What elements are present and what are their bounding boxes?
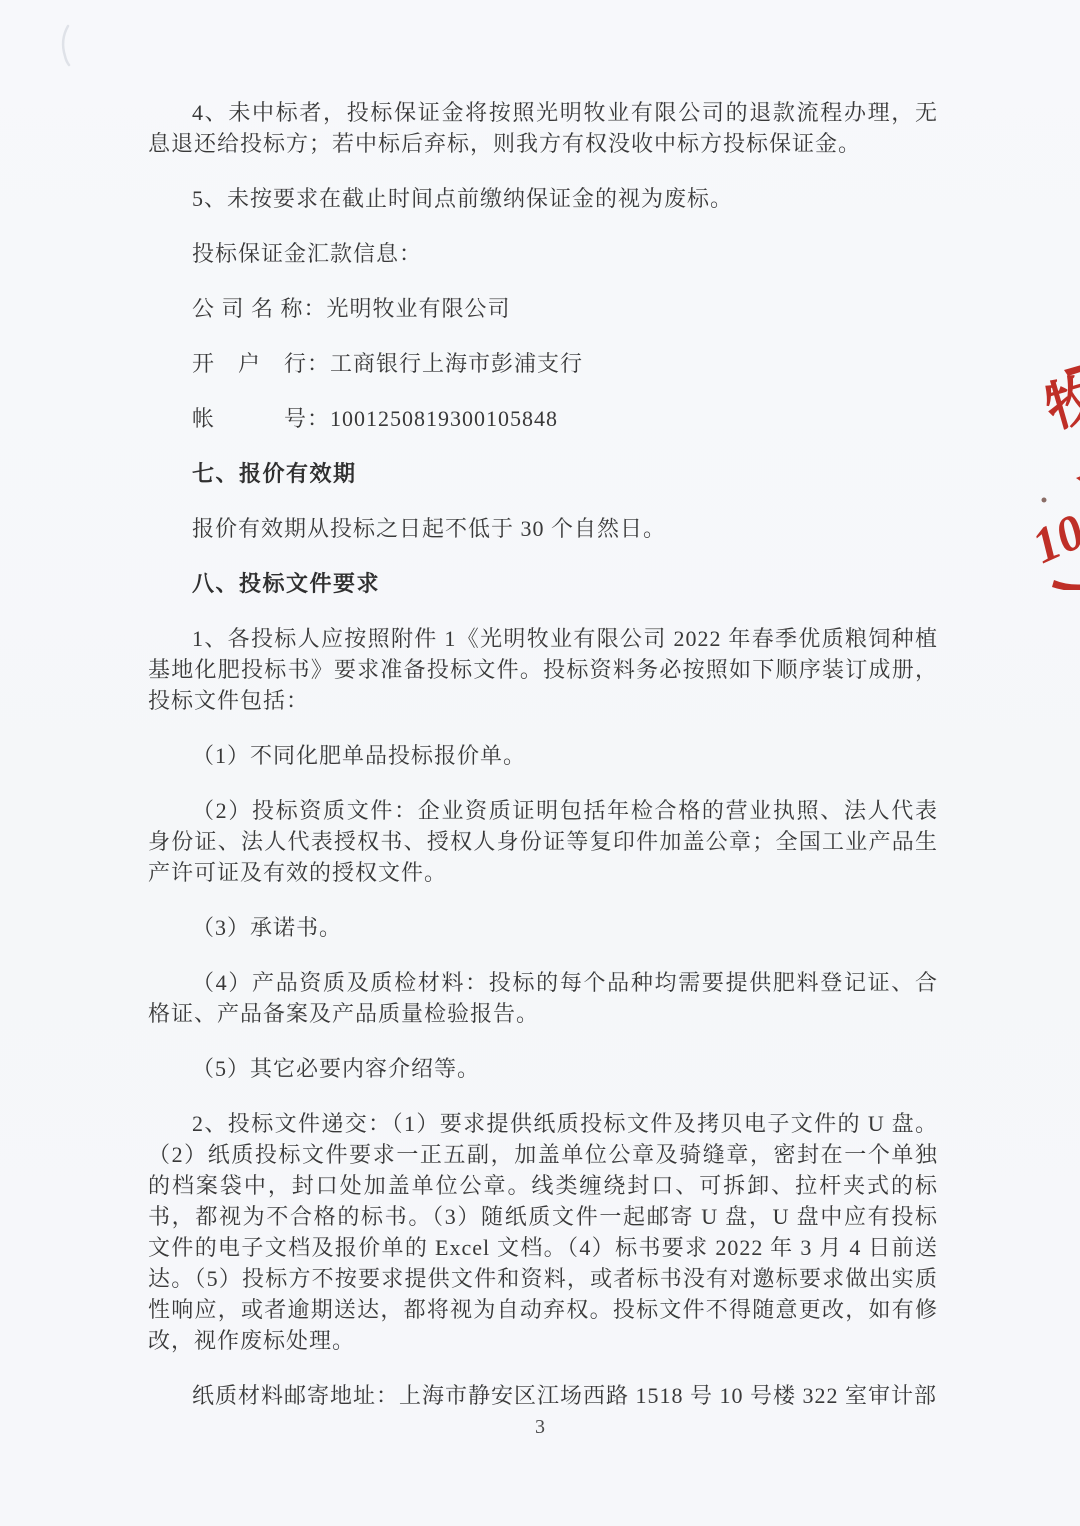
company-name-line: 公 司 名 称：光明牧业有限公司	[148, 293, 938, 324]
account-number-line: 帐 号：1001250819300105848	[148, 403, 938, 434]
red-stamp-icon: 牧 10	[1034, 352, 1080, 590]
red-stamp-fragment: 牧 10	[1034, 352, 1080, 590]
section-8-heading: 八、投标文件要求	[148, 568, 938, 599]
document-body: 4、未中标者，投标保证金将按照光明牧业有限公司的退款流程办理，无息退还给投标方；…	[148, 97, 938, 1411]
section-7-heading: 七、报价有效期	[148, 458, 938, 489]
document-page: 4、未中标者，投标保证金将按照光明牧业有限公司的退款流程办理，无息退还给投标方；…	[0, 0, 1080, 1526]
clause-5-deadline: 5、未按要求在截止时间点前缴纳保证金的视为废标。	[148, 183, 938, 214]
bid-doc-item-3: （3）承诺书。	[148, 912, 938, 943]
remittance-info-title: 投标保证金汇款信息：	[148, 238, 938, 269]
mailing-address-line: 纸质材料邮寄地址：上海市静安区江场西路 1518 号 10 号楼 322 室审计…	[148, 1380, 938, 1411]
clause-1-preparation: 1、各投标人应按照附件 1《光明牧业有限公司 2022 年春季优质粮饲种植基地化…	[148, 623, 938, 716]
bid-doc-item-2: （2）投标资质文件：企业资质证明包括年检合格的营业执照、法人代表身份证、法人代表…	[148, 795, 938, 888]
bid-doc-item-1: （1）不同化肥单品投标报价单。	[148, 740, 938, 771]
bid-doc-item-5: （5）其它必要内容介绍等。	[148, 1053, 938, 1084]
bank-branch-line: 开 户 行：工商银行上海市彭浦支行	[148, 348, 938, 379]
clause-4-refund: 4、未中标者，投标保证金将按照光明牧业有限公司的退款流程办理，无息退还给投标方；…	[148, 97, 938, 159]
stamp-glyph: 牧	[1039, 367, 1080, 440]
clause-2-submission: 2、投标文件递交：（1）要求提供纸质投标文件及拷贝电子文件的 U 盘。（2）纸质…	[148, 1108, 938, 1356]
page-number: 3	[0, 1416, 1080, 1439]
stamp-number: 10	[1034, 503, 1080, 574]
quote-validity-body: 报价有效期从投标之日起不低于 30 个自然日。	[148, 513, 938, 544]
bid-doc-item-4: （4）产品资质及质检材料：投标的每个品种均需要提供肥料登记证、合格证、产品备案及…	[148, 967, 938, 1029]
scan-artifact-mark	[52, 22, 88, 70]
